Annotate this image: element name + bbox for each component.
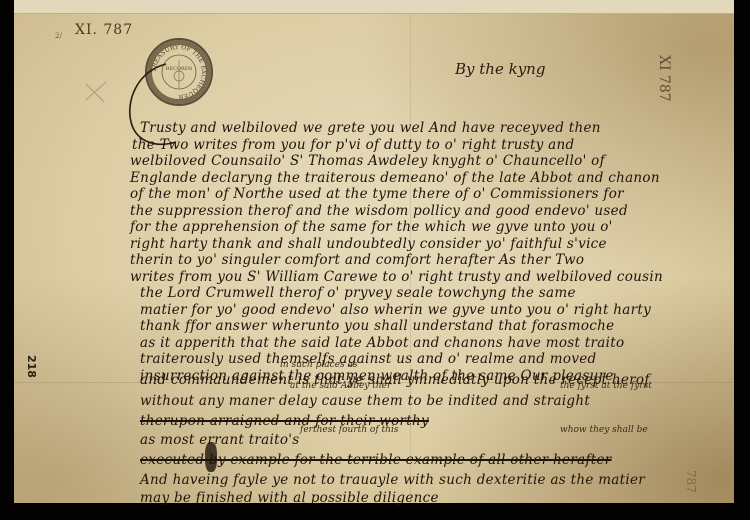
manuscript-line-12: matier for yo' good endevo' also wherin … — [140, 302, 651, 318]
manuscript-line-10: writes from you S' William Carewe to o' … — [130, 269, 663, 285]
manuscript-line-3: welbiloved Counsailo' S' Thomas Awdeley … — [130, 153, 605, 169]
archival-reference-top-right: XI 787 — [656, 55, 672, 102]
manuscript-line-14: as it apperith that the said late Abbot … — [140, 335, 624, 351]
manuscript-line-23: may be finished with al possible diligen… — [140, 490, 439, 506]
manuscript-line-19: therupon arraigned and for their worthy — [140, 413, 429, 429]
manuscript-line-6: the suppression therof and the wisdom po… — [130, 203, 628, 219]
manuscript-line-17: and commaundement is that ye shall ymmed… — [140, 372, 650, 388]
scan-border-right — [734, 0, 750, 520]
pencil-cross-mark-icon — [82, 78, 110, 106]
manuscript-line-9: therin to yo' singuler comfort and comfo… — [130, 252, 584, 268]
manuscript-line-18: without any maner delay cause them to be… — [140, 393, 590, 409]
archival-reference-top-left: XI. 787 — [75, 22, 133, 38]
interlinear-note-5: whow they shall be — [560, 425, 648, 435]
manuscript-line-11: the Lord Crumwell therof o' pryvey seale… — [140, 285, 576, 301]
manuscript-line-21: executed by example for the terrible exa… — [140, 452, 612, 468]
manuscript-line-5: of the mon' of Northe used at the tyme t… — [130, 186, 624, 202]
interlinear-note-1: in such places as — [280, 360, 357, 370]
scan-border-left — [0, 0, 14, 520]
archival-prefix: 2/ — [55, 32, 62, 40]
manuscript-line-2: the Two writes from you for p'vi of dutt… — [132, 137, 574, 153]
manuscript-line-20: as most errant traito's — [140, 432, 300, 448]
archival-reference-bottom-right: 787 — [684, 470, 698, 493]
manuscript-line-7: for the apprehension of the same for the… — [130, 219, 613, 235]
manuscript-line-1: Trusty and welbiloved we grete you wel A… — [140, 120, 601, 136]
manuscript-line-4: Englande declaryng the traiterous demean… — [130, 170, 660, 186]
manuscript-line-8: right harty thank and shall undoubtedly … — [130, 236, 607, 252]
letter-heading: By the kyng — [455, 60, 545, 78]
paper-top-edge — [14, 0, 734, 14]
manuscript-line-13: thank ffor answer wherunto you shall und… — [140, 318, 614, 334]
folio-number-margin: 218 — [25, 355, 38, 378]
manuscript-line-15: traiterously used themselfs against us a… — [140, 351, 596, 367]
manuscript-line-22: And haveing fayle ye not to trauayle wit… — [140, 472, 645, 488]
